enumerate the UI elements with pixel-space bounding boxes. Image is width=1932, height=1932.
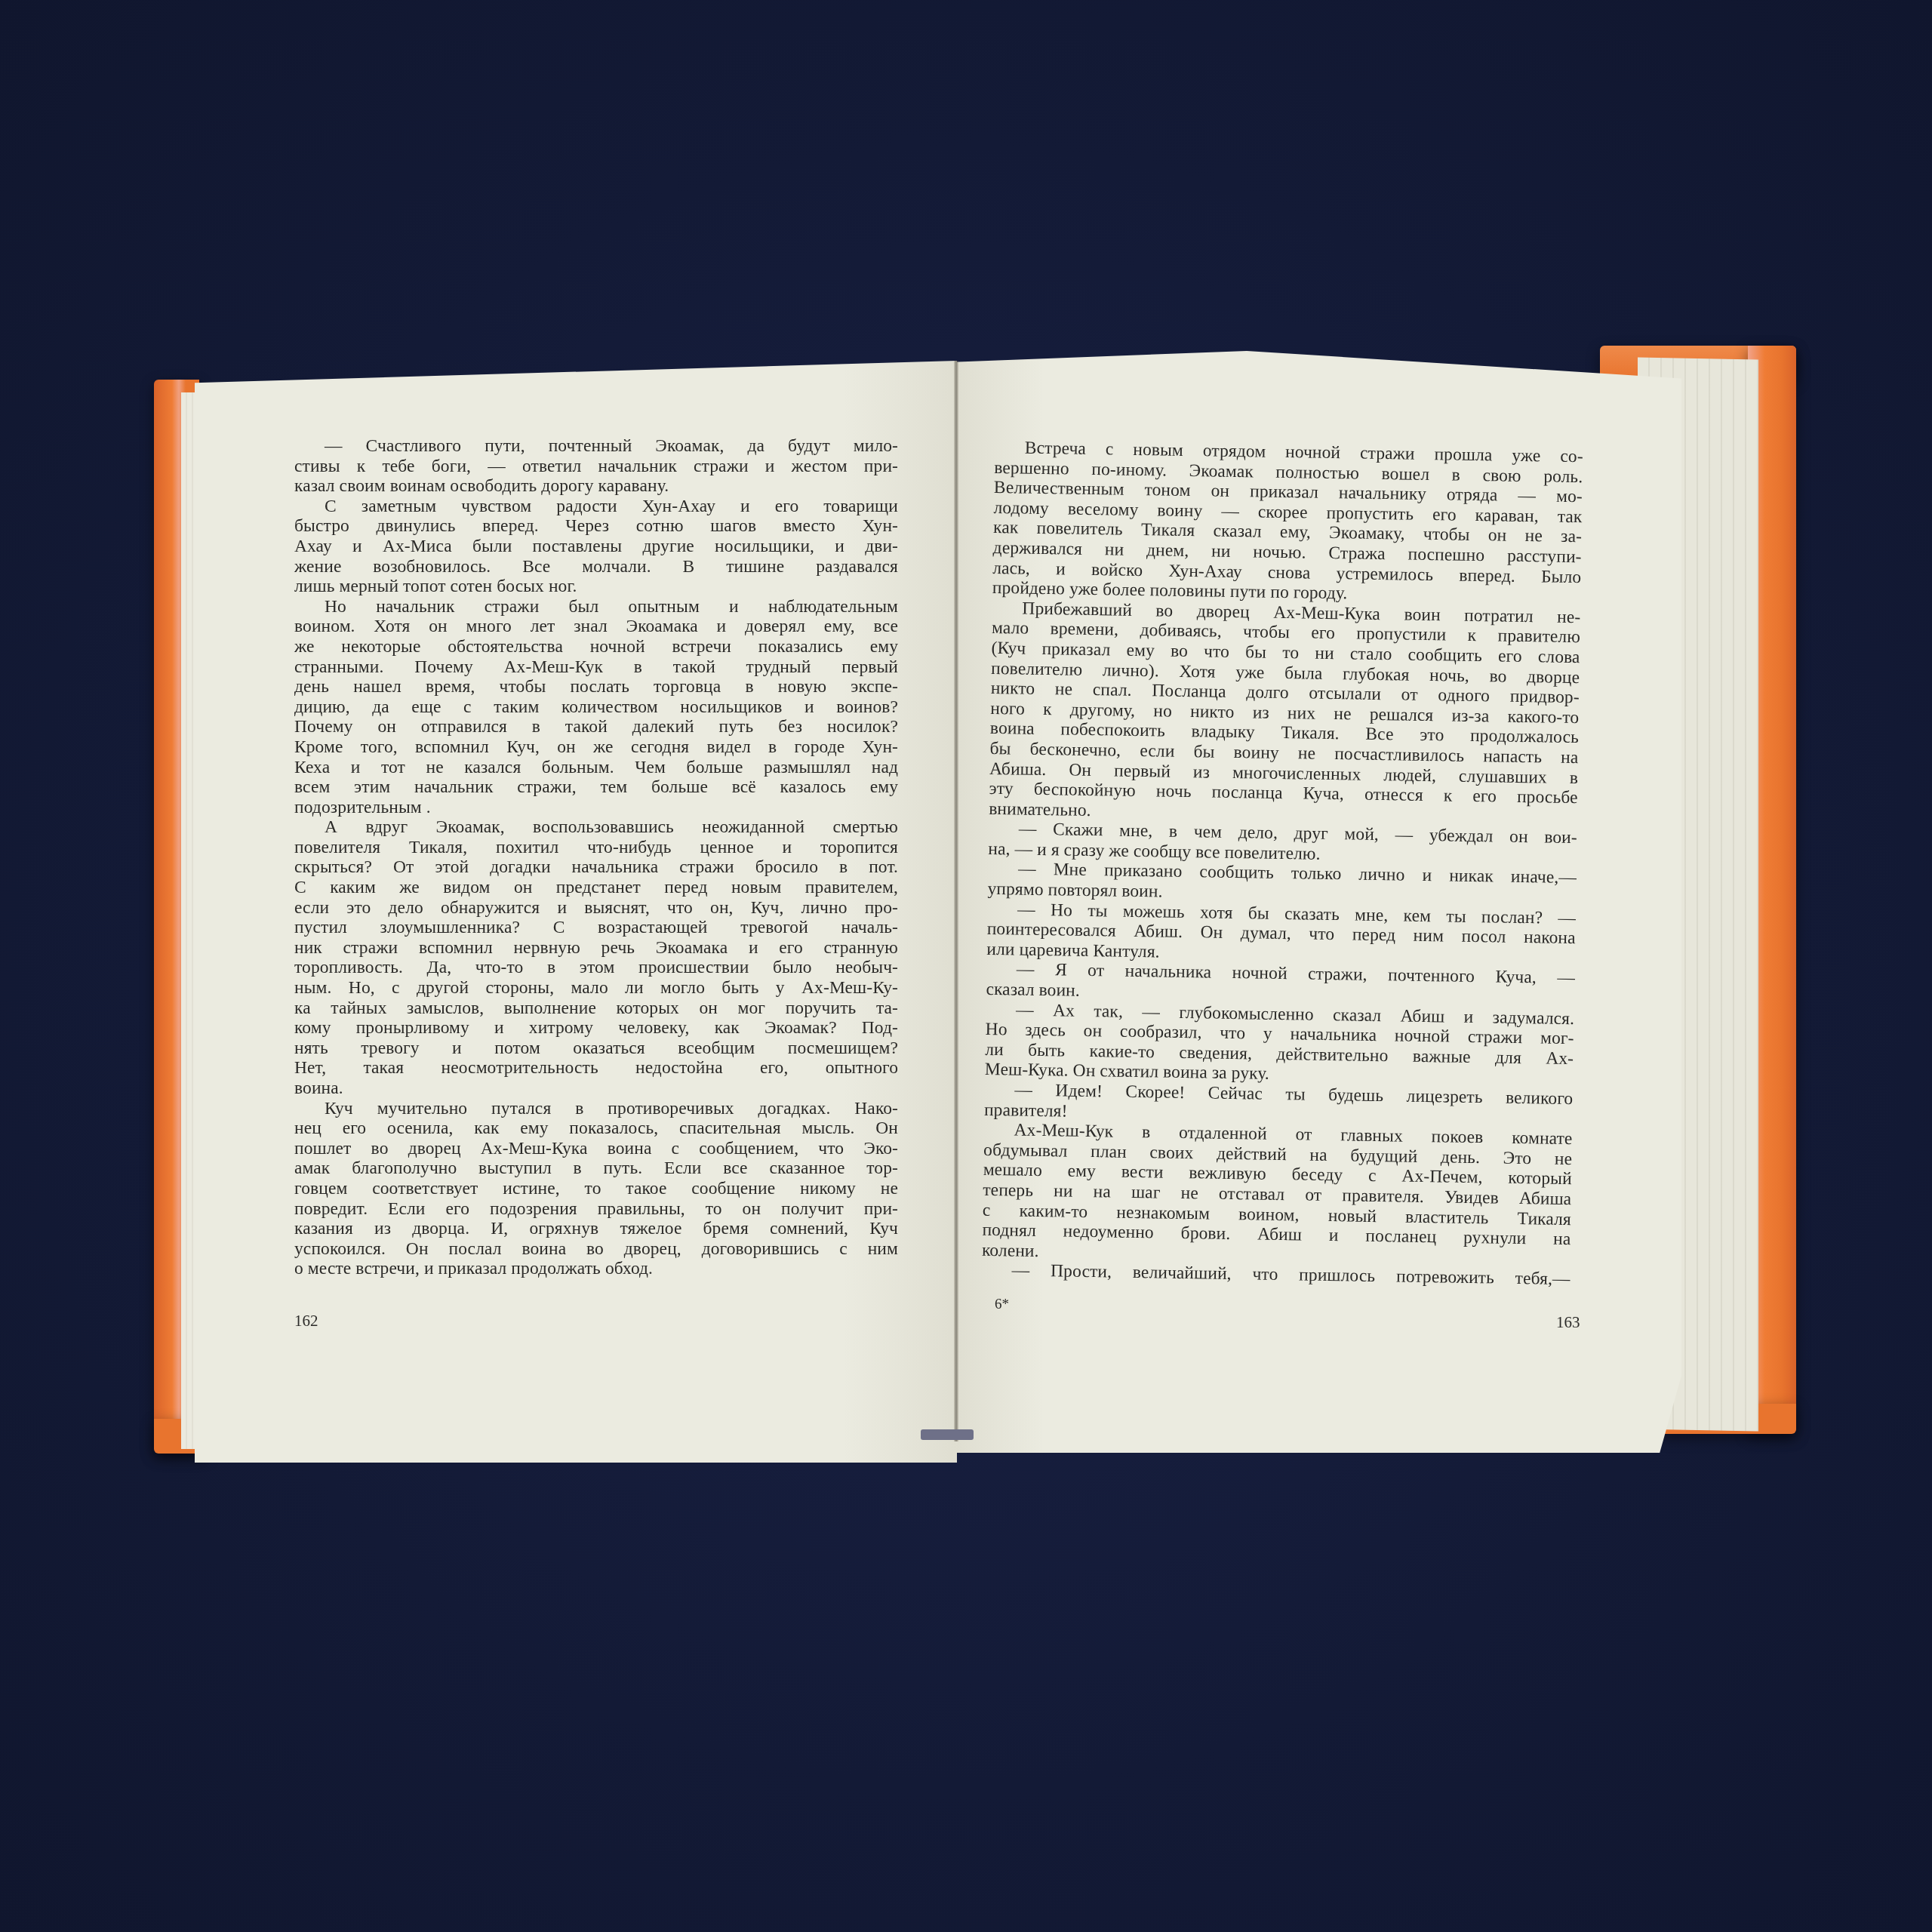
left-page-text: — Счастливого пути, почтенный Экоамак, д… [294, 436, 898, 1279]
page-number-left: 162 [294, 1312, 318, 1331]
text-line: всем этим начальник стражи, тем больше в… [294, 777, 898, 798]
text-line: воина. [294, 1078, 898, 1099]
text-line: воином. Хотя он много лет знал Экоамака … [294, 617, 898, 637]
text-line: успокоился. Он послал воина во дворец, д… [294, 1239, 898, 1260]
spine-headband [921, 1429, 974, 1440]
text-line: же некоторые обстоятельства ночной встре… [294, 637, 898, 657]
text-line: казал своим воинам освободить дорогу кар… [294, 476, 898, 497]
text-line: лишь мерный топот сотен босых ног. [294, 577, 898, 597]
text-line: ник стражи вспомнил нервную речь Экоамак… [294, 938, 898, 958]
text-line: о месте встречи, и приказал продолжать о… [294, 1259, 898, 1279]
text-line: торопливость. Да, что-то в этом происшес… [294, 958, 898, 978]
text-line: жение возобновилось. Все молчали. В тиши… [294, 557, 898, 577]
text-line: подозрительным . [294, 798, 898, 818]
text-line: повелителя Тикаля, похитил что-нибудь це… [294, 838, 898, 858]
text-line: — Счастливого пути, почтенный Экоамак, д… [294, 436, 898, 457]
text-line: С каким же видом он предстанет перед нов… [294, 878, 898, 898]
photo-scene: — Счастливого пути, почтенный Экоамак, д… [0, 0, 1932, 1932]
right-page-text: Встреча с новым отрядом ночной стражи пр… [981, 438, 1583, 1290]
text-line: ка тайных замыслов, выполнение которых о… [294, 998, 898, 1019]
text-line: если это дело обнаружится и выяснят, что… [294, 898, 898, 918]
text-line: А вдруг Экоамак, воспользовавшись неожид… [294, 817, 898, 838]
text-line: Нет, такая неосмотрительность недостойна… [294, 1058, 898, 1078]
text-line: С заметным чувством радости Хун-Ахау и е… [294, 497, 898, 517]
page-number-right: 163 [1556, 1313, 1580, 1332]
text-line: стивы к тебе боги, — ответил начальник с… [294, 457, 898, 477]
book-gutter [954, 361, 958, 1441]
text-line: пошлет во дворец Ах-Меш-Кука воина с соо… [294, 1139, 898, 1159]
text-line: странными. Почему Ах-Меш-Кук в такой тру… [294, 657, 898, 678]
text-line: нец его осенила, как ему показалось, спа… [294, 1118, 898, 1139]
text-line: Кроме того, вспомнил Куч, он же сегодня … [294, 737, 898, 758]
text-line: кому пронырливому и хитрому человеку, ка… [294, 1018, 898, 1038]
text-line: Но начальник стражи был опытным и наблюд… [294, 597, 898, 617]
text-line: пустил злоумышленника? С возрастающей тр… [294, 918, 898, 938]
text-line: Куч мучительно путался в противоречивых … [294, 1099, 898, 1119]
text-line: амак благополучно выступил в путь. Если … [294, 1158, 898, 1179]
text-line: нять тревогу и потом оказаться всеобщим … [294, 1038, 898, 1059]
text-line: ным. Но, с другой стороны, мало ли могло… [294, 978, 898, 998]
text-line: Почему он отправился в такой далекий пут… [294, 717, 898, 737]
text-line: дицию, да еще с таким количеством носиль… [294, 697, 898, 718]
text-line: быстро двинулись вперед. Через сотню шаг… [294, 516, 898, 537]
text-line: казания из дворца. И, огряхнув тяжелое б… [294, 1219, 898, 1239]
text-line: повредит. Если его подозрения правильны,… [294, 1199, 898, 1220]
text-line: говцем соответствует истине, то такое со… [294, 1179, 898, 1199]
printer-signature-mark: 6* [995, 1297, 1009, 1313]
text-line: Ахау и Ах-Миса были поставлены другие но… [294, 537, 898, 557]
text-line: скрыться? От этой догадки начальника стр… [294, 857, 898, 878]
text-line: день нашел время, чтобы послать торговца… [294, 677, 898, 697]
text-line: Кеха и тот не казался больным. Чем больш… [294, 758, 898, 778]
